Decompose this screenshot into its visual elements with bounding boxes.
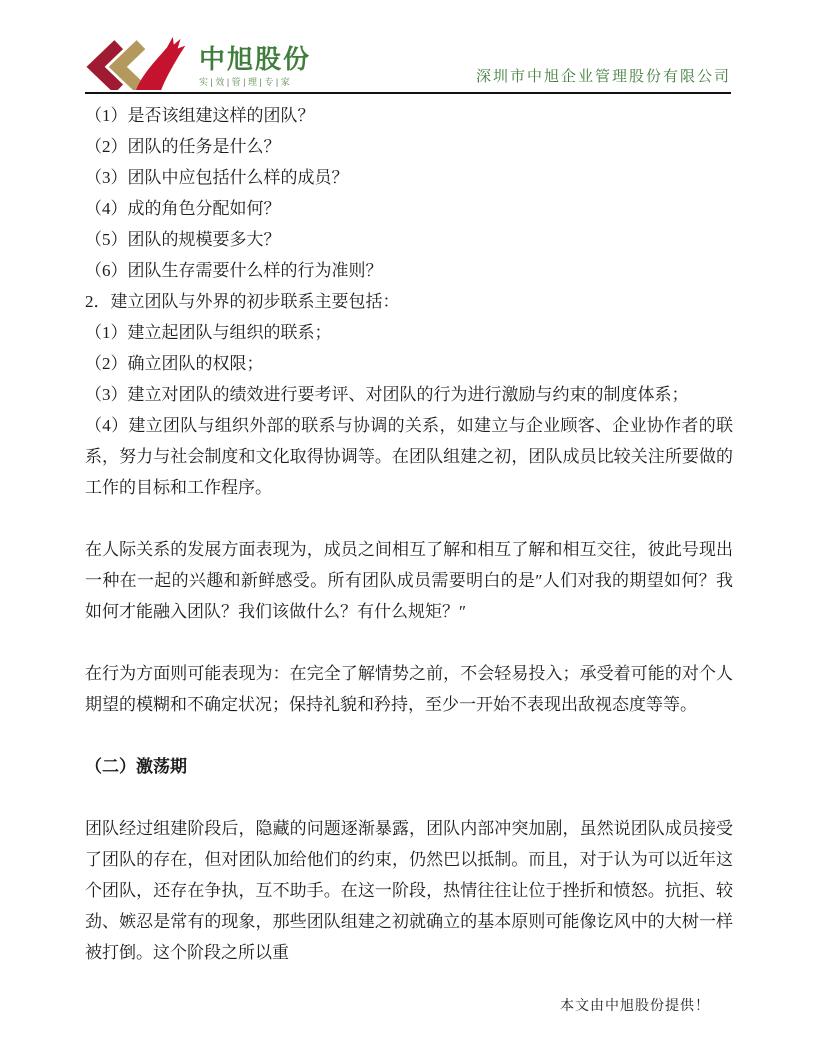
paragraph-storming: 团队经过组建阶段后，隐藏的问题逐渐暴露，团队内部冲突加剧，虽然说团队成员接受了团… — [85, 813, 733, 968]
list-item: （3）团队中应包括什么样的成员？ — [85, 162, 733, 193]
list-item: （4）成的角色分配如何？ — [85, 193, 733, 224]
header-divider — [85, 92, 731, 94]
paragraph-external-relations: （4）建立团队与组织外部的联系与协调的关系，如建立与企业顾客、企业协作者的联系，… — [85, 410, 733, 503]
logo-tagline: 实|效|管|理|专|家 — [199, 75, 311, 88]
page-header: 中旭股份 实|效|管|理|专|家 深圳市中旭企业管理股份有限公司 — [85, 34, 731, 90]
logo-text-block: 中旭股份 实|效|管|理|专|家 — [199, 46, 311, 90]
list-item: （1）建立起团队与组织的联系； — [85, 317, 733, 348]
list-item: （1）是否该组建这样的团队？ — [85, 100, 733, 131]
list-item: （3）建立对团队的绩效进行要考评、对团队的行为进行激励与约束的制度体系； — [85, 379, 733, 410]
list-item: （6）团队生存需要什么样的行为准则？ — [85, 255, 733, 286]
list-item: （5）团队的规模要多大？ — [85, 224, 733, 255]
company-logo: 中旭股份 实|效|管|理|专|家 — [85, 34, 311, 90]
company-name: 深圳市中旭企业管理股份有限公司 — [476, 65, 731, 90]
document-body: （1）是否该组建这样的团队？ （2）团队的任务是什么？ （3）团队中应包括什么样… — [85, 100, 733, 968]
list-item: （2）确立团队的权限； — [85, 348, 733, 379]
paragraph-behavior: 在行为方面则可能表现为：在完全了解情势之前，不会轻易投入；承受着可能的对个人期望… — [85, 658, 733, 720]
list-item: 2．建立团队与外界的初步联系主要包括： — [85, 286, 733, 317]
chevron-flame-logo-icon — [85, 34, 193, 90]
logo-name: 中旭股份 — [199, 46, 311, 73]
section-heading: （二）激荡期 — [85, 751, 733, 782]
list-item: （2）团队的任务是什么？ — [85, 131, 733, 162]
paragraph-interpersonal: 在人际关系的发展方面表现为，成员之间相互了解和相互了解和相互交往，彼此号现出一种… — [85, 534, 733, 627]
footer-note: 本文由中旭股份提供！ — [560, 995, 710, 1015]
